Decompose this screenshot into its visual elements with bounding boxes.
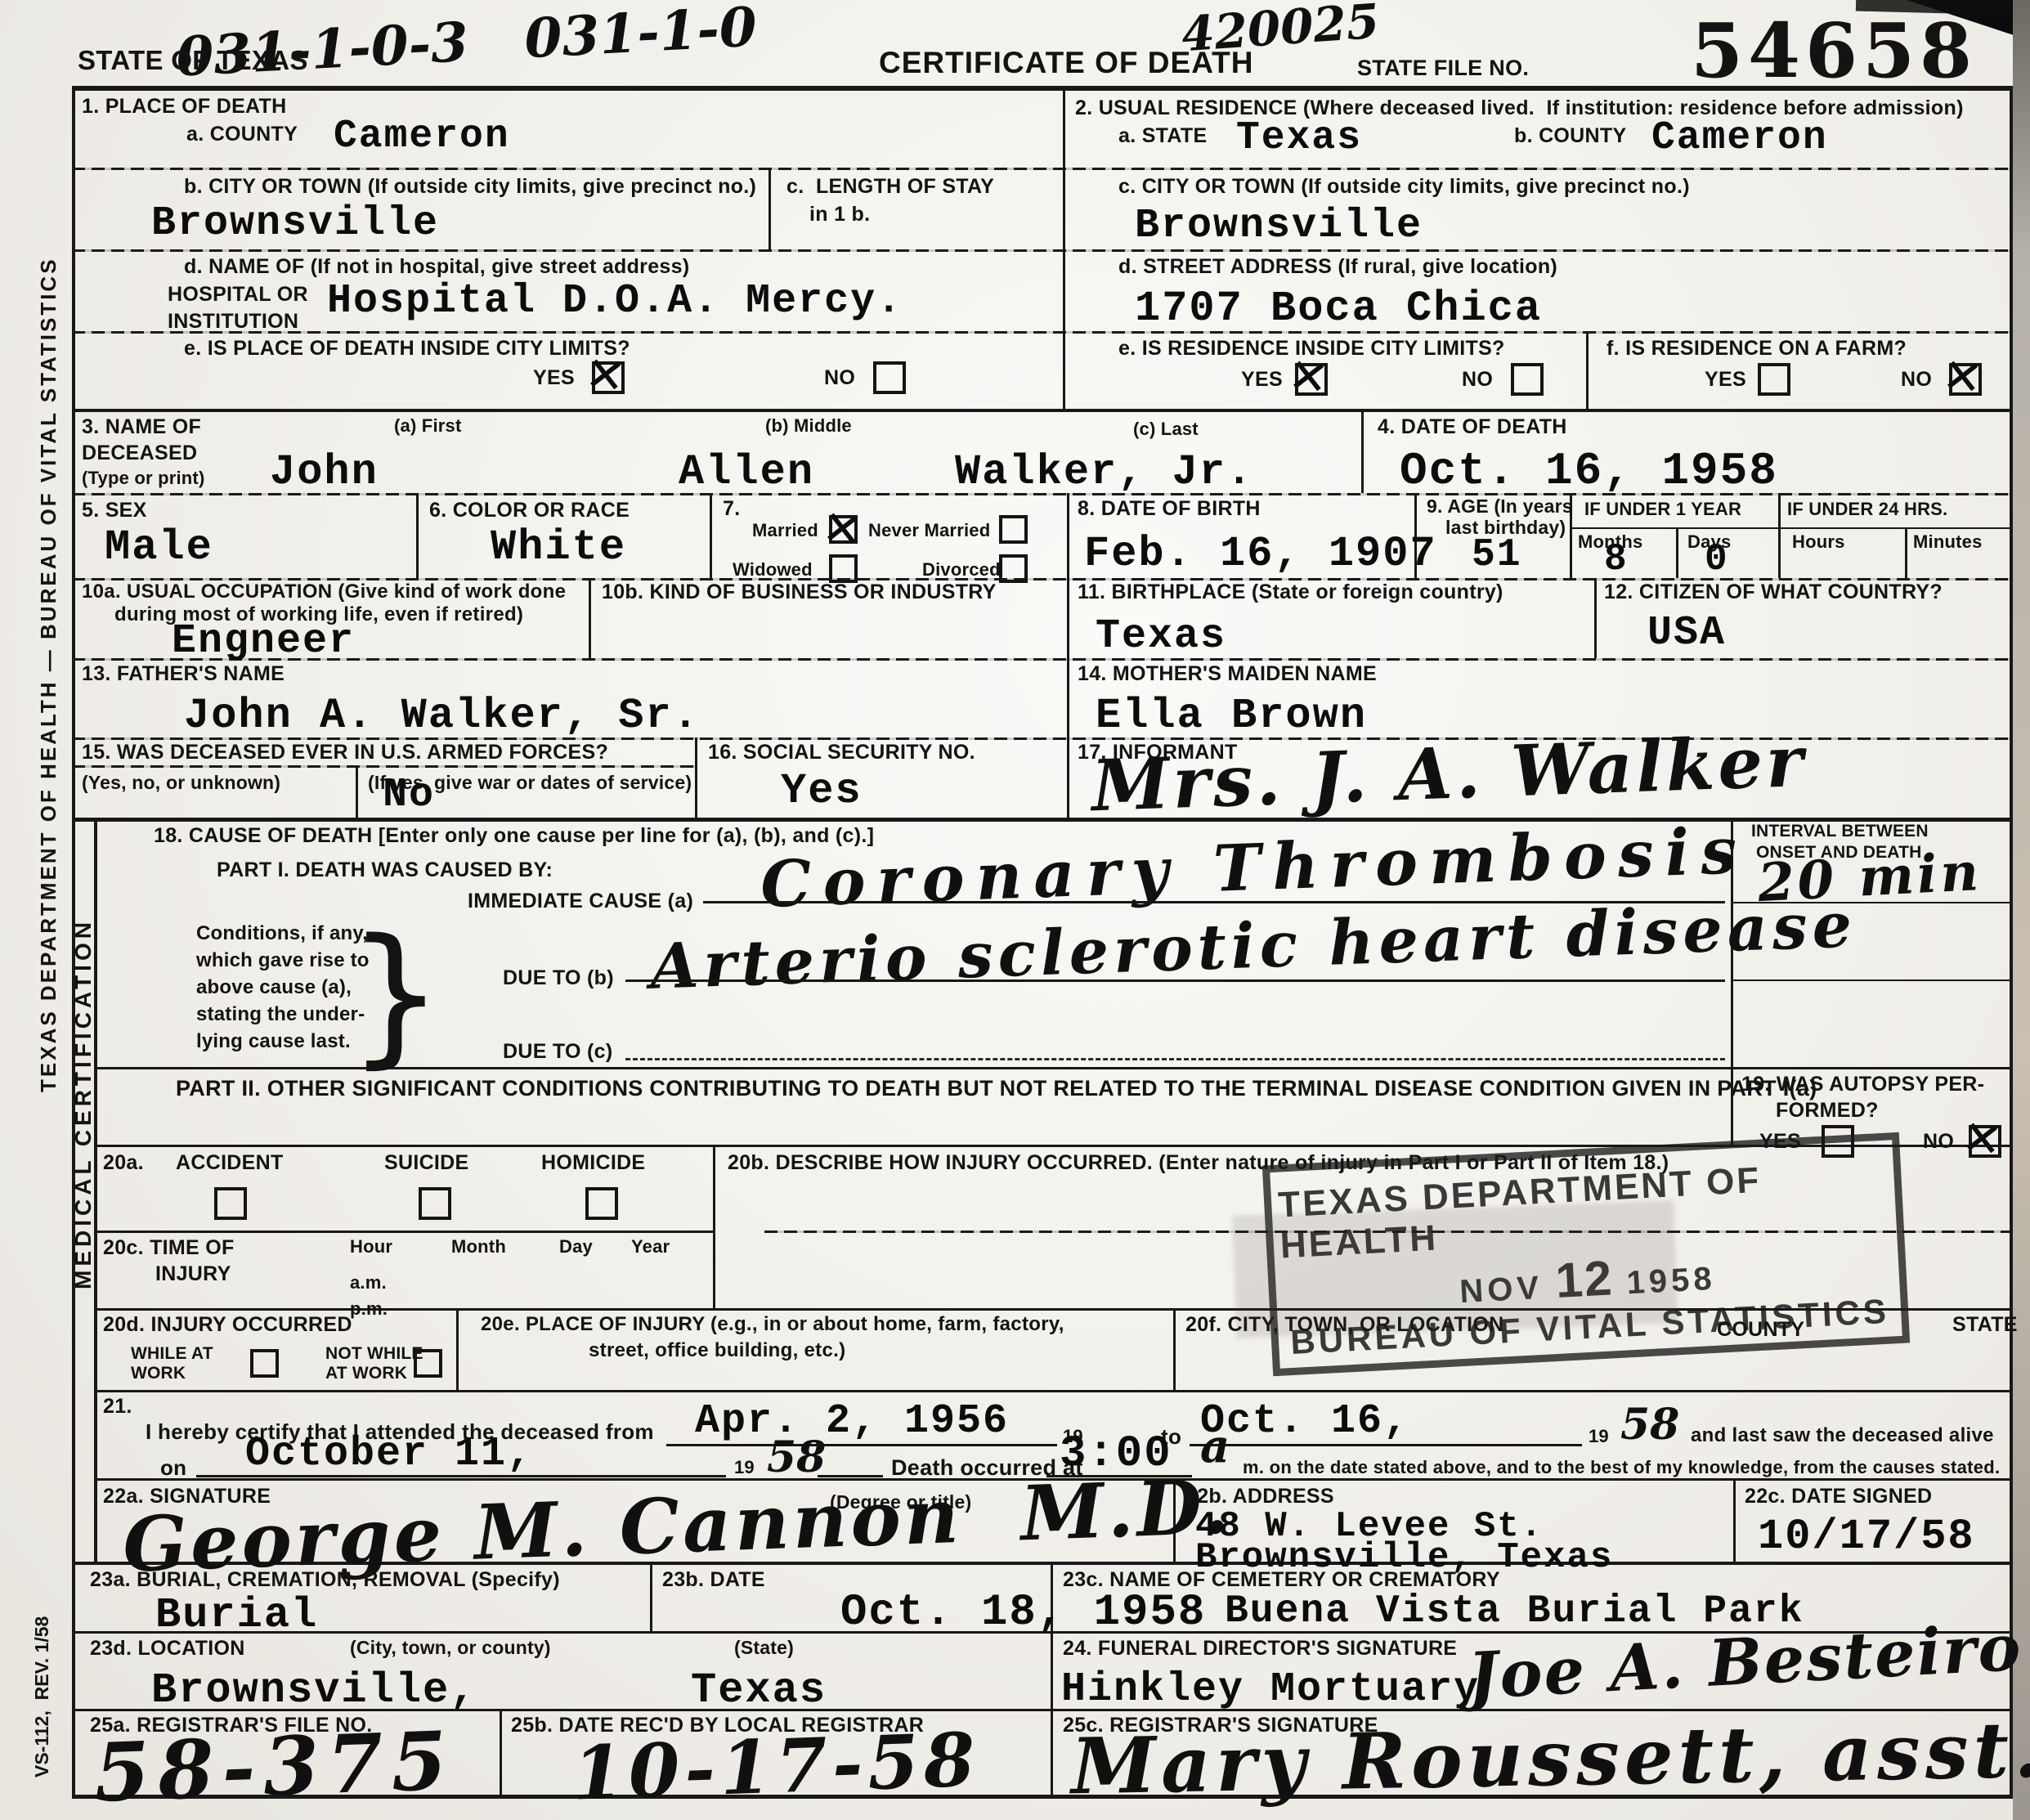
rule	[695, 737, 697, 818]
border-left	[72, 86, 75, 1799]
field-9-value: 51	[1472, 533, 1522, 577]
field-8-label: 8. DATE OF BIRTH	[1078, 497, 1261, 521]
field-19-label2: FORMED?	[1776, 1099, 1879, 1123]
checkbox-7-married	[829, 515, 858, 544]
checkbox-2e-no	[1511, 363, 1544, 396]
field-1b-value: Brownsville	[151, 200, 439, 247]
field-23a-value: Burial	[155, 1591, 318, 1639]
field-1e-yes-label: YES	[533, 366, 575, 390]
checkbox-2f-yes	[1758, 363, 1790, 396]
field-4-label: 4. DATE OF DEATH	[1378, 415, 1567, 439]
rule	[1778, 493, 1781, 578]
field-2-title: 2. USUAL RESIDENCE (Where deceased lived…	[1075, 96, 1964, 120]
field-23d-sub1: (City, town, or county)	[350, 1637, 551, 1659]
rule	[72, 765, 695, 768]
checkbox-7-never-married	[999, 515, 1028, 544]
field-20c-day-label: Day	[559, 1236, 593, 1257]
field-1c-label: c. LENGTH OF STAY	[786, 175, 994, 199]
field-2b-label: b. COUNTY	[1514, 124, 1626, 148]
field-2f-no-label: NO	[1901, 368, 1932, 392]
margin-form-number: VS-112, REV. 1/58	[31, 1594, 56, 1799]
field-18-cond3: above cause (a),	[196, 976, 352, 999]
field-1c-label2: in 1 b.	[809, 203, 870, 226]
field-12-label: 12. CITIZEN OF WHAT COUNTRY?	[1604, 581, 1943, 604]
field-3-title2: DECEASED	[82, 442, 197, 465]
field-18-label: 18. CAUSE OF DEATH [Enter only one cause…	[154, 824, 874, 848]
field-25a-value: 58-375	[92, 1714, 456, 1820]
rule	[769, 168, 771, 249]
field-12-value: USA	[1647, 610, 1726, 657]
field-9-under1-label: IF UNDER 1 YEAR	[1584, 499, 1741, 520]
rule	[1733, 1478, 1736, 1562]
checkbox-1e-no	[873, 361, 906, 394]
field-7-label: 7.	[723, 497, 740, 521]
writing-line	[818, 1442, 883, 1477]
field-20c-year-label: Year	[631, 1236, 670, 1257]
field-5-label: 5. SEX	[82, 499, 147, 522]
rule	[500, 1709, 502, 1797]
field-22c-value: 10/17/58	[1758, 1513, 1975, 1561]
field-3-title3: (Type or print)	[82, 468, 204, 489]
field-10a-value: Engneer	[172, 618, 355, 665]
rule	[72, 331, 2010, 334]
field-10a-label: 10a. USUAL OCCUPATION (Give kind of work…	[82, 581, 566, 603]
field-18-cond2: which gave rise to	[196, 949, 370, 972]
field-24-typed-value: Hinkley Mortuary	[1061, 1666, 1480, 1713]
field-20e-label2: street, office building, etc.)	[589, 1339, 845, 1362]
field-22b-label: 22b. ADDRESS	[1185, 1485, 1334, 1508]
field-2c-value: Brownsville	[1135, 203, 1423, 249]
rule	[1570, 527, 2010, 529]
field-23d-state-value: Texas	[691, 1666, 827, 1715]
rule	[589, 578, 591, 658]
field-18-part1-label: PART I. DEATH WAS CAUSED BY:	[217, 858, 553, 882]
field-20d-while1: WHILE AT	[131, 1344, 213, 1364]
field-23d-sub2: (State)	[734, 1637, 794, 1659]
field-3a-label: (a) First	[394, 415, 461, 437]
rule	[456, 1308, 459, 1390]
interval-label1: INTERVAL BETWEEN	[1751, 822, 1929, 841]
rule	[1905, 527, 1907, 578]
stamp-line3: BUREAU OF VITAL STATISTICS	[1289, 1292, 1890, 1362]
field-21-19c: 19	[734, 1457, 755, 1478]
rule	[1067, 493, 1069, 818]
field-7-divorced-label: Divorced	[922, 559, 1001, 581]
rule	[1361, 409, 1364, 493]
field-2b-value: Cameron	[1651, 116, 1828, 160]
rule	[94, 1231, 713, 1233]
death-certificate-scan: 031-1-0-3 031-1-0 420025 STATE OF TEXAS …	[0, 0, 2030, 1820]
field-3c-label: (c) Last	[1133, 419, 1199, 440]
field-20a-homicide-label: HOMICIDE	[541, 1151, 645, 1175]
field-21-on-word: on	[160, 1455, 186, 1481]
rule	[72, 168, 2010, 170]
rule	[713, 1145, 715, 1308]
interval-value: 20 min	[1756, 841, 1983, 914]
field-20f-state-label: STATE	[1952, 1313, 2018, 1337]
border-right	[2010, 86, 2013, 1799]
field-16-value: Yes	[781, 767, 863, 815]
field-20d-label: 20d. INJURY OCCURRED	[103, 1313, 352, 1337]
field-1a-label: a. COUNTY	[186, 123, 298, 146]
field-23b-label: 23b. DATE	[662, 1568, 765, 1592]
field-15-value: No	[383, 772, 435, 818]
field-14-value: Ella Brown	[1096, 692, 1367, 740]
field-20c-am-label: a.m.	[350, 1272, 387, 1293]
field-3a-value: John	[270, 448, 379, 496]
checkbox-19-no	[1969, 1125, 2001, 1158]
field-9-months-value: 8	[1604, 538, 1629, 581]
field-20a-label: 20a.	[103, 1151, 144, 1175]
field-2e-no-label: NO	[1462, 368, 1493, 392]
field-22c-label: 22c. DATE SIGNED	[1745, 1485, 1932, 1508]
rule	[94, 1390, 2010, 1392]
border-top	[72, 86, 2013, 91]
field-20c-hour-label: Hour	[350, 1236, 392, 1257]
field-1d-label: d. NAME OF (If not in hospital, give str…	[184, 255, 689, 279]
checkbox-2e-yes	[1295, 363, 1328, 396]
field-5-value: Male	[105, 523, 213, 572]
field-3c-value: Walker, Jr.	[955, 448, 1253, 496]
field-4-value: Oct. 16, 1958	[1400, 445, 1778, 497]
field-1e-no-label: NO	[824, 366, 855, 390]
field-2d-label: d. STREET ADDRESS (If rural, give locati…	[1118, 255, 1557, 279]
field-20d-not1: NOT WHILE	[325, 1344, 423, 1364]
field-3b-label: (b) Middle	[765, 415, 852, 437]
field-23c-label: 23c. NAME OF CEMETERY OR CREMATORY	[1063, 1568, 1500, 1592]
scan-artifact-edge	[2013, 0, 2030, 1820]
field-8-value: Feb. 16, 1907	[1084, 530, 1437, 578]
field-21-label: 21.	[103, 1395, 132, 1419]
rule	[1063, 86, 1065, 409]
field-1a-value: Cameron	[334, 114, 510, 159]
field-20c-month-label: Month	[451, 1236, 506, 1257]
field-13-label: 13. FATHER'S NAME	[82, 662, 285, 686]
state-file-no-value: 54658	[1691, 7, 1977, 95]
field-7-never-label: Never Married	[868, 520, 990, 541]
field-2f-yes-label: YES	[1705, 368, 1746, 392]
rule	[356, 765, 358, 818]
field-9-minutes-label: Minutes	[1913, 531, 1983, 553]
checkbox-20a-accident	[214, 1187, 247, 1220]
checkbox-20d-not-while-at-work	[414, 1349, 442, 1378]
field-2a-label: a. STATE	[1118, 124, 1207, 148]
field-9-under24-label: IF UNDER 24 HRS.	[1787, 499, 1947, 520]
field-20a-suicide-label: SUICIDE	[384, 1151, 469, 1175]
field-7-married-label: Married	[752, 520, 818, 541]
field-3b-value: Allen	[679, 448, 814, 496]
field-2d-value: 1707 Boca Chica	[1135, 285, 1542, 333]
field-11-label: 11. BIRTHPLACE (State or foreign country…	[1078, 581, 1503, 604]
field-24-label: 24. FUNERAL DIRECTOR'S SIGNATURE	[1063, 1637, 1457, 1661]
field-21-text2: and last saw the deceased alive	[1691, 1424, 1994, 1447]
field-18-cond1: Conditions, if any,	[196, 922, 368, 945]
rule	[72, 249, 2010, 252]
field-2c-label: c. CITY OR TOWN (If outside city limits,…	[1118, 175, 1690, 199]
field-15-label: 15. WAS DECEASED EVER IN U.S. ARMED FORC…	[82, 741, 608, 764]
stamp-year: 1958	[1625, 1261, 1716, 1302]
field-18c-label: DUE TO (c)	[503, 1040, 613, 1064]
health-department-stamp: TEXAS DEPARTMENT OF HEALTH NOV 12 1958 B…	[1262, 1132, 1910, 1376]
state-of-texas-label: STATE OF TEXAS	[78, 45, 308, 76]
field-21-58b: 58	[1620, 1400, 1679, 1450]
rule	[1173, 1308, 1176, 1390]
writing-line	[666, 1411, 1057, 1446]
rule	[72, 409, 2010, 412]
certificate-title: CERTIFICATE OF DEATH	[879, 46, 1254, 80]
field-1-title: 1. PLACE OF DEATH	[82, 95, 287, 119]
checkbox-7-divorced	[999, 554, 1028, 583]
field-23a-label: 23a. BURIAL, CREMATION, REMOVAL (Specify…	[90, 1568, 560, 1592]
field-23b-value: Oct. 18, 1958	[840, 1588, 1206, 1638]
writing-line	[196, 1442, 726, 1477]
rule	[416, 493, 419, 578]
field-19-no-label: NO	[1923, 1130, 1954, 1154]
field-10b-label: 10b. KIND OF BUSINESS OR INDUSTRY	[602, 581, 997, 604]
field-18-cond5: lying cause last.	[196, 1030, 351, 1053]
rule	[1731, 979, 2010, 981]
rule	[1594, 578, 1597, 658]
stamp-month: NOV	[1459, 1270, 1544, 1311]
checkbox-7-widowed	[829, 554, 858, 583]
field-16-label: 16. SOCIAL SECURITY NO.	[708, 741, 975, 764]
writing-line-18b	[625, 945, 1725, 982]
margin-department-label: TEXAS DEPARTMENT OF HEALTH — BUREAU OF V…	[36, 245, 69, 1104]
field-9-label: 9. AGE (In years	[1427, 495, 1573, 518]
field-18b-label: DUE TO (b)	[503, 966, 614, 990]
rule	[710, 493, 712, 578]
field-6-label: 6. COLOR OR RACE	[429, 499, 630, 522]
field-23d-city-value: Brownsville,	[151, 1666, 477, 1715]
field-15-sub1: (Yes, no, or unknown)	[82, 772, 280, 794]
field-25c-signature: Mary Roussett, asst.	[1070, 1706, 2030, 1813]
field-18-cond4: stating the under-	[196, 1003, 365, 1026]
writing-line	[1190, 1411, 1582, 1446]
field-2e-yes-label: YES	[1241, 368, 1283, 392]
checkbox-20a-homicide	[585, 1187, 618, 1220]
writing-line-18c	[625, 1024, 1725, 1060]
field-1e-label: e. IS PLACE OF DEATH INSIDE CITY LIMITS?	[184, 337, 630, 361]
brace-glyph: }	[347, 906, 444, 1083]
field-13-value: John A. Walker, Sr.	[184, 692, 700, 740]
field-20c-label1: 20c. TIME OF	[103, 1236, 235, 1260]
field-7-widowed-label: Widowed	[733, 559, 813, 581]
field-11-value: Texas	[1096, 613, 1226, 660]
field-23d-label: 23d. LOCATION	[90, 1637, 245, 1661]
field-9-hours-label: Hours	[1792, 531, 1845, 553]
field-6-value: White	[491, 523, 626, 572]
field-2f-label: f. IS RESIDENCE ON A FARM?	[1607, 337, 1907, 361]
field-20c-label2: INJURY	[155, 1262, 231, 1286]
rule-medical-left	[94, 818, 97, 1562]
field-21-text3: m. on the date stated above, and to the …	[1243, 1457, 2000, 1478]
rule	[650, 1562, 652, 1631]
field-18-part2-label: PART II. OTHER SIGNIFICANT CONDITIONS CO…	[176, 1076, 1817, 1101]
field-20a-accident-label: ACCIDENT	[176, 1151, 284, 1175]
field-1d-value: Hospital D.O.A. Mercy.	[327, 278, 903, 325]
checkbox-20d-while-at-work	[250, 1349, 279, 1378]
state-file-no-label: STATE FILE NO.	[1357, 56, 1529, 81]
checkbox-1e-yes	[592, 361, 625, 394]
stamp-day: 12	[1554, 1249, 1615, 1309]
field-1b-label: b. CITY OR TOWN (If outside city limits,…	[184, 175, 756, 199]
field-20e-label: 20e. PLACE OF INJURY (e.g., in or about …	[481, 1313, 1064, 1336]
field-21-19b: 19	[1589, 1426, 1609, 1447]
rule	[1586, 331, 1589, 409]
stamp-line1: TEXAS DEPARTMENT OF HEALTH	[1277, 1154, 1890, 1267]
field-3-title1: 3. NAME OF	[82, 415, 201, 439]
field-19-label1: 19. WAS AUTOPSY PER-	[1741, 1073, 1984, 1096]
field-20d-while2: WORK	[131, 1364, 186, 1383]
field-20c-pm-label: p.m.	[350, 1298, 388, 1320]
field-1d-label3: INSTITUTION	[168, 310, 298, 334]
checkbox-2f-no	[1949, 363, 1982, 396]
field-2a-value: Texas	[1236, 116, 1362, 160]
rule	[1676, 527, 1678, 578]
rule	[72, 658, 2010, 661]
field-18a-label: IMMEDIATE CAUSE (a)	[468, 890, 693, 913]
field-25b-value: 10-17-58	[571, 1716, 981, 1817]
field-9-days-value: 0	[1705, 538, 1729, 581]
field-14-label: 14. MOTHER'S MAIDEN NAME	[1078, 662, 1377, 686]
checkbox-20a-suicide	[419, 1187, 451, 1220]
field-1d-label2: HOSPITAL OR	[168, 283, 308, 307]
field-20d-not2: AT WORK	[325, 1364, 407, 1383]
